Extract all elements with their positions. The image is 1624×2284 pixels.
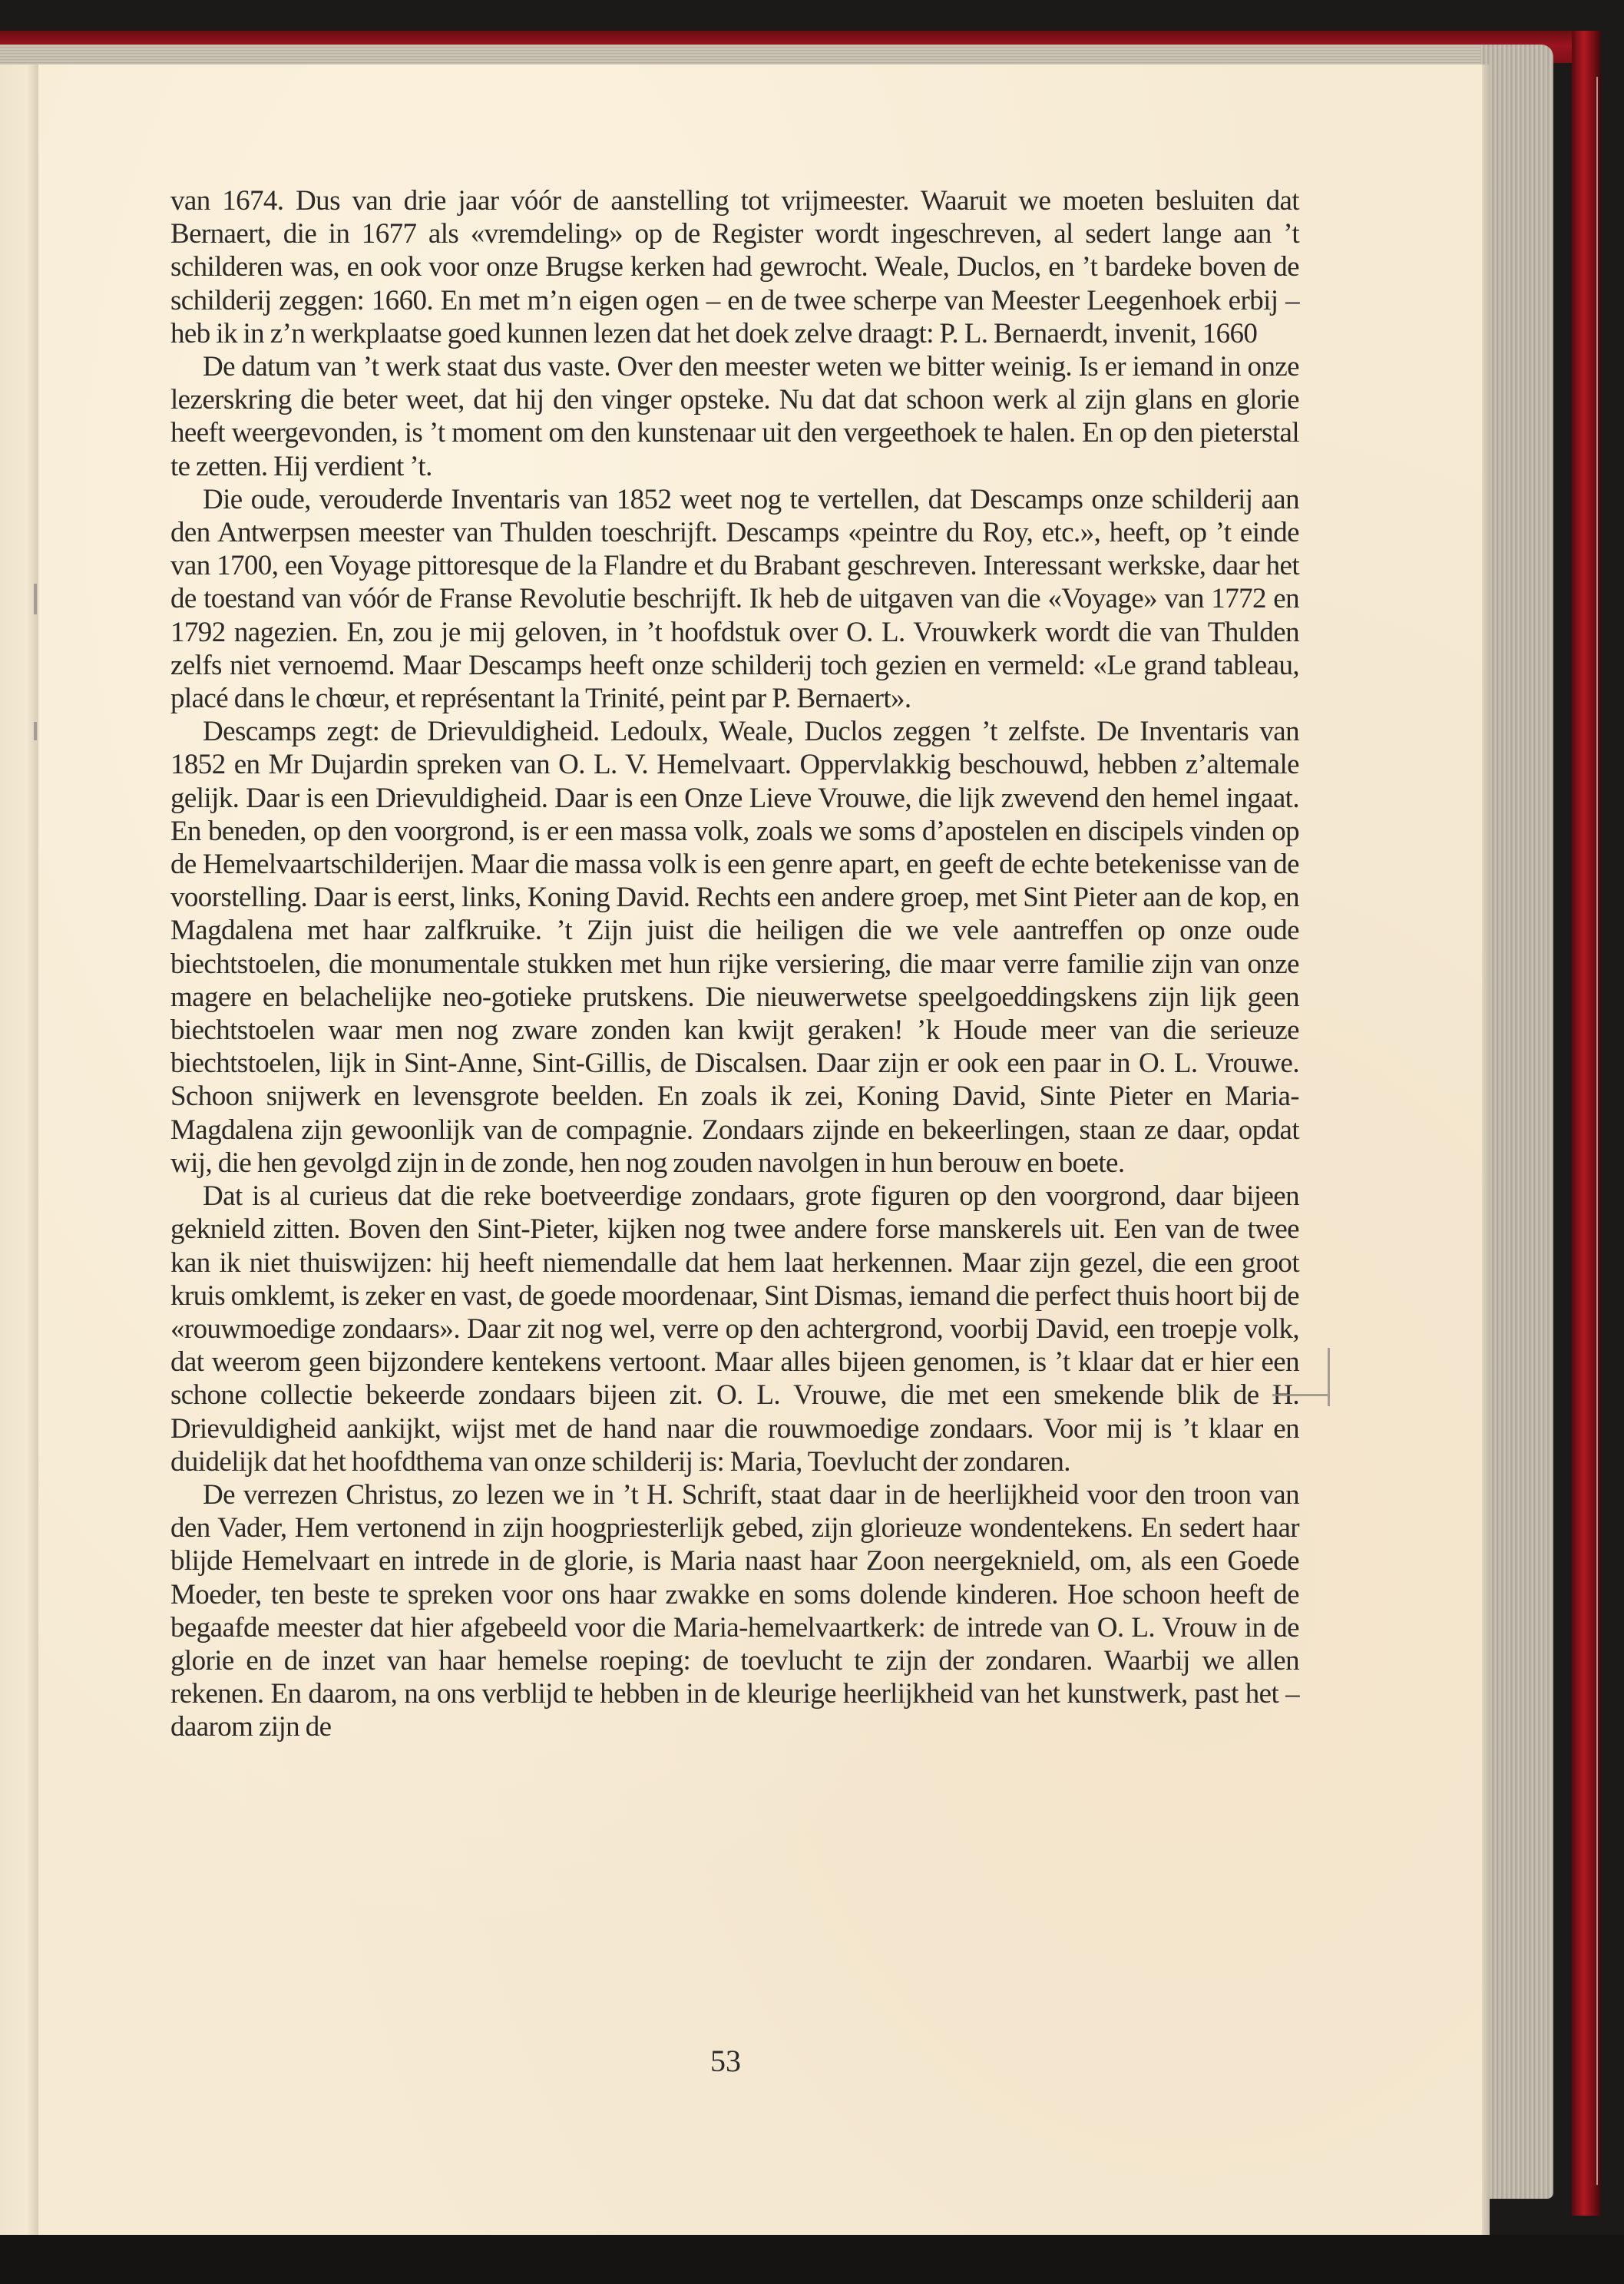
margin-mark	[34, 722, 37, 740]
book-binding-right	[1572, 31, 1601, 2216]
margin-mark	[34, 584, 37, 614]
paragraph: De verrezen Christus, zo lezen we in ’t …	[170, 1478, 1299, 1744]
page-gutter	[0, 65, 40, 2238]
page-number: 53	[710, 2043, 741, 2079]
paragraph: Descamps zegt: de Drievuldigheid. Ledoul…	[170, 715, 1299, 1180]
body-text: van 1674. Dus van drie jaar vóór de aans…	[170, 184, 1299, 1744]
paragraph: De datum van ’t werk staat dus vaste. Ov…	[170, 350, 1299, 483]
paragraph: Die oude, verouderde Inventaris van 1852…	[170, 483, 1299, 715]
page-stack-side-edge	[1480, 45, 1553, 2199]
paragraph: van 1674. Dus van drie jaar vóór de aans…	[170, 184, 1299, 350]
page-inner-edge	[1482, 65, 1490, 2235]
pencil-bracket-mark	[1272, 1348, 1330, 1396]
paragraph: Dat is al curieus dat die reke boetveerd…	[170, 1180, 1299, 1478]
background-surface	[0, 2235, 1624, 2284]
